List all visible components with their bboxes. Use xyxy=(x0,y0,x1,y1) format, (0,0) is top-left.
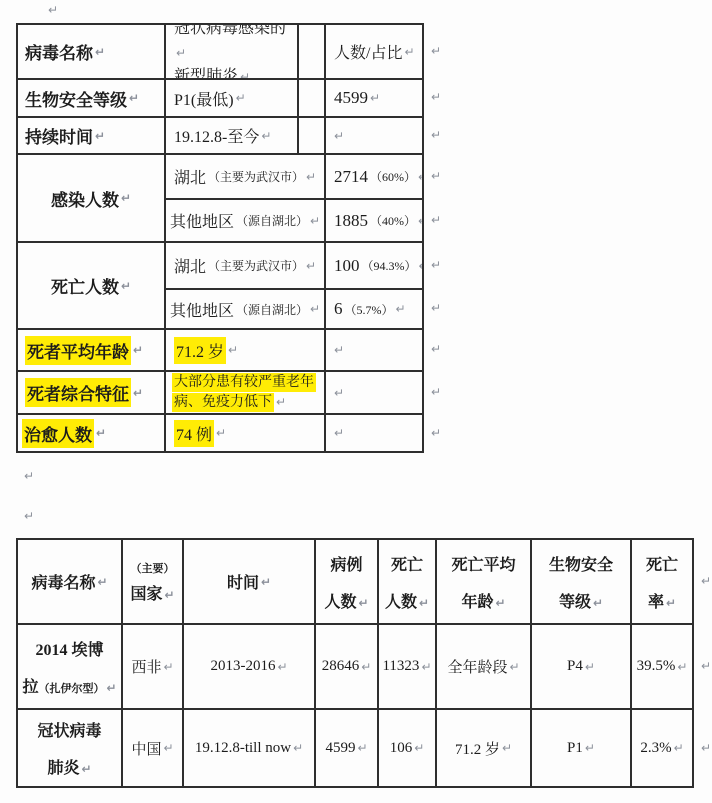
paragraph-mark: ↵ xyxy=(334,387,344,399)
t1-avg-age-value: 71.2 岁↵ xyxy=(164,328,324,370)
t2-name-subtype: （扎伊尔型） xyxy=(38,683,104,695)
t2-cov-rate: 2.3%↵ xyxy=(630,708,694,788)
paragraph-mark: ↵ xyxy=(431,170,441,182)
t1-empty-narrow-cell xyxy=(297,23,324,78)
t1-other-deaths-count: 6（5.7%）↵ xyxy=(324,288,424,328)
t1-deaths-text: 死亡人数 xyxy=(51,273,119,298)
paragraph-mark: ↵ xyxy=(701,575,711,587)
paragraph-mark: ↵ xyxy=(310,215,320,227)
t1-region-text: 湖北 xyxy=(174,254,206,277)
paragraph-mark: ↵ xyxy=(133,344,143,356)
t1-count-text: 2714 xyxy=(334,167,368,187)
paragraph-mark: ↵ xyxy=(133,387,143,399)
paragraph-mark: ↵ xyxy=(421,661,431,673)
t2-cell-text: 28646 xyxy=(322,658,360,675)
t2-cov-name-line2: 肺炎↵ xyxy=(47,755,91,778)
t1-region-note: （源自湖北） xyxy=(236,301,308,318)
paragraph-mark: ↵ xyxy=(361,661,371,673)
t2-cov-biosafety: P1↵ xyxy=(530,708,630,788)
t1-characteristics-lines: 大部分患有较严重老年病、免疫力低下↵ xyxy=(166,371,316,414)
t1-avg-age-value-text: 71.2 岁 xyxy=(174,337,226,364)
t2-header-biosafety: 生物安全 等级↵ xyxy=(530,538,630,623)
t1-avg-age-text: 死者平均年龄 xyxy=(25,336,131,365)
t2-header-text: 人数 xyxy=(324,594,356,611)
t1-region-text: 其他地区 xyxy=(170,209,234,232)
t2-ebola-name-line1: 2014 埃博 xyxy=(35,637,103,660)
t1-region-note: （主要为武汉市） xyxy=(208,168,304,185)
paragraph-mark: ↵ xyxy=(495,596,505,610)
paragraph-mark: ↵ xyxy=(419,596,429,610)
t1-biosafety-value-text: P1(最低) xyxy=(174,87,234,110)
paragraph-mark: ↵ xyxy=(502,742,512,754)
t1-characteristics-value: 大部分患有较严重老年病、免疫力低下↵ xyxy=(164,370,324,413)
t2-cov-name-line1: 冠状病毒 xyxy=(37,718,101,741)
paragraph-mark: ↵ xyxy=(121,192,131,204)
paragraph-mark: ↵ xyxy=(431,129,441,141)
t2-header-country-note: （主要） xyxy=(131,560,175,576)
paragraph-mark: ↵ xyxy=(370,92,380,104)
paragraph-mark: ↵ xyxy=(261,576,271,588)
t2-header-text: 死亡 xyxy=(391,552,423,575)
paragraph-mark: ↵ xyxy=(176,46,186,60)
t1-empty-value-cell: ↵ xyxy=(324,413,424,453)
t1-avg-age-label: 死者平均年龄↵ xyxy=(16,328,164,370)
t1-count-pct: （94.3%） xyxy=(362,257,417,274)
paragraph-mark: ↵ xyxy=(24,470,34,482)
paragraph-mark: ↵ xyxy=(357,742,367,754)
t2-cov-deaths: 106↵ xyxy=(377,708,435,788)
paragraph-mark: ↵ xyxy=(334,130,344,142)
t1-characteristics-label: 死者综合特征↵ xyxy=(16,370,164,413)
paragraph-mark: ↵ xyxy=(240,70,250,78)
paragraph-mark: ↵ xyxy=(216,427,226,439)
paragraph-mark: ↵ xyxy=(310,303,320,315)
paragraph-mark: ↵ xyxy=(96,427,106,439)
t2-name-text: 肺炎 xyxy=(47,760,79,777)
t1-virus-name-text: 病毒名称 xyxy=(25,39,93,64)
paragraph-mark: ↵ xyxy=(106,681,116,695)
paragraph-mark: ↵ xyxy=(293,742,303,754)
paragraph-mark: ↵ xyxy=(431,343,441,355)
t2-cell-text: 2.3% xyxy=(640,740,671,757)
t2-cell-text: P4 xyxy=(567,658,583,675)
t1-row-end-mark: ↵ xyxy=(424,198,448,241)
t2-ebola-deaths: 11323↵ xyxy=(377,623,435,708)
t1-duration-text: 持续时间 xyxy=(25,123,93,148)
t1-cured-value: 74 例↵ xyxy=(164,413,324,453)
t1-empty-value-cell: ↵ xyxy=(324,328,424,370)
t1-row-end-mark: ↵ xyxy=(424,153,448,198)
paragraph-mark: ↵ xyxy=(163,661,173,673)
paragraph-mark: ↵ xyxy=(396,303,406,315)
t1-hubei-deaths-count: 100（94.3%）↵ xyxy=(324,241,424,288)
t1-count-text: 100 xyxy=(334,256,360,276)
t1-biosafety-label: 生物安全等级↵ xyxy=(16,78,164,116)
t2-name-text: 拉 xyxy=(22,679,38,696)
t1-virus-name-value-lines: 冠状病毒感染的↵ 新型肺炎↵ xyxy=(174,23,297,78)
paragraph-mark: ↵ xyxy=(431,214,441,226)
t2-cov-name: 冠状病毒 肺炎↵ xyxy=(16,708,121,788)
t1-cured-value-text: 74 例 xyxy=(174,420,214,447)
t1-characteristics-line2: 病、免疫力低下 xyxy=(172,393,274,412)
paragraph-mark: ↵ xyxy=(674,742,684,754)
t1-row-end-mark: ↵ xyxy=(424,241,448,288)
paragraph-mark: ↵ xyxy=(48,4,58,16)
paragraph-mark: ↵ xyxy=(414,742,424,754)
paragraph-mark: ↵ xyxy=(701,660,711,672)
t2-header-line2: 等级↵ xyxy=(559,589,603,612)
t2-header-line2: 人数↵ xyxy=(385,589,429,612)
t1-virus-name-value: 冠状病毒感染的↵ 新型肺炎↵ xyxy=(164,23,297,78)
t2-header-country-line: 国家↵ xyxy=(130,581,174,604)
t2-header-virus-name: 病毒名称↵ xyxy=(16,538,121,623)
t1-total-count-text: 4599 xyxy=(334,88,368,108)
t2-header-deaths: 死亡 人数↵ xyxy=(377,538,435,623)
t1-total-count-cell: 4599↵ xyxy=(324,78,424,116)
t2-ebola-time: 2013-2016↵ xyxy=(182,623,314,708)
t2-ebola-cases: 28646↵ xyxy=(314,623,377,708)
t1-count-header-cell: 人数/占比↵ xyxy=(324,23,424,78)
t2-header-time: 时间↵ xyxy=(182,538,314,623)
t1-duration-label: 持续时间↵ xyxy=(16,116,164,153)
t2-header-line2: 年龄↵ xyxy=(461,589,505,612)
paragraph-mark: ↵ xyxy=(121,280,131,292)
t2-ebola-age: 全年龄段↵ xyxy=(435,623,530,708)
t1-region-note: （源自湖北） xyxy=(236,212,308,229)
coronavirus-summary-table: 病毒名称↵ 冠状病毒感染的↵ 新型肺炎↵ 人数/占比↵ ↵ 生物安全等级↵ P1… xyxy=(16,23,448,453)
t2-header-line2: 人数↵ xyxy=(324,589,368,612)
t2-header-text: 等级 xyxy=(559,594,591,611)
paragraph-mark: ↵ xyxy=(358,596,368,610)
t1-row-end-mark: ↵ xyxy=(424,413,448,453)
t1-hubei-infections-region: 湖北（主要为武汉市）↵ xyxy=(164,153,324,198)
t2-header-text: 年龄 xyxy=(461,594,493,611)
paragraph-mark: ↵ xyxy=(24,510,34,522)
t1-characteristics-line1: 大部分患有较严重老年 xyxy=(172,373,316,392)
t1-empty-narrow-cell xyxy=(297,116,324,153)
paragraph-mark: ↵ xyxy=(95,130,105,142)
t1-hubei-infections-count: 2714（60%）↵ xyxy=(324,153,424,198)
paragraph-mark: ↵ xyxy=(431,386,441,398)
t2-cell-text: 全年龄段 xyxy=(447,656,507,677)
paragraph-mark: ↵ xyxy=(306,171,316,183)
t1-hubei-deaths-region: 湖北（主要为武汉市）↵ xyxy=(164,241,324,288)
paragraph-mark: ↵ xyxy=(404,46,414,58)
paragraph-mark: ↵ xyxy=(666,596,676,610)
t1-cured-text: 治愈人数 xyxy=(22,419,94,448)
t1-region-text: 其他地区 xyxy=(170,298,234,321)
t2-cov-cases: 4599↵ xyxy=(314,708,377,788)
virus-comparison-table: 病毒名称↵ （主要） 国家↵ 时间↵ 病例 人数↵ 死亡 人数↵ 死亡平均 年龄… xyxy=(16,538,712,788)
t2-row-end-mark: ↵ xyxy=(694,538,712,623)
paragraph-mark: ↵ xyxy=(129,92,139,104)
paragraph-mark: ↵ xyxy=(236,92,246,104)
paragraph-mark: ↵ xyxy=(276,395,286,409)
paragraph-mark: ↵ xyxy=(277,661,287,673)
t2-row-end-mark: ↵ xyxy=(694,708,712,788)
t1-region-note: （主要为武汉市） xyxy=(208,257,304,274)
t1-deaths-label: 死亡人数↵ xyxy=(16,241,164,328)
t1-biosafety-value: P1(最低)↵ xyxy=(164,78,297,116)
t2-header-avg-age: 死亡平均 年龄↵ xyxy=(435,538,530,623)
t2-cell-text: 11323 xyxy=(382,658,419,675)
t1-count-pct: （60%） xyxy=(370,168,416,185)
paragraph-mark: ↵ xyxy=(163,742,173,754)
t1-duration-value: 19.12.8-至今↵ xyxy=(164,116,297,153)
t2-header-cases: 病例 人数↵ xyxy=(314,538,377,623)
t2-header-text: 人数 xyxy=(385,594,417,611)
t2-header-text: 死亡 xyxy=(646,552,678,575)
t2-cov-country: 中国↵ xyxy=(121,708,182,788)
t1-cured-label: 治愈人数↵ xyxy=(16,413,164,453)
t2-cov-time: 19.12.8-till now↵ xyxy=(182,708,314,788)
t1-virus-line1: 冠状病毒感染的 xyxy=(174,23,286,37)
t1-row-end-mark: ↵ xyxy=(424,78,448,116)
paragraph-mark: ↵ xyxy=(431,91,441,103)
paragraph-mark: ↵ xyxy=(585,661,595,673)
paragraph-mark: ↵ xyxy=(164,588,174,602)
t1-row-end-mark: ↵ xyxy=(424,370,448,413)
t1-empty-narrow-cell xyxy=(297,78,324,116)
t2-header-text: 国家 xyxy=(130,586,162,603)
t2-header-text: 病例 xyxy=(330,552,362,575)
t1-count-header-text: 人数/占比 xyxy=(334,40,402,63)
paragraph-mark: ↵ xyxy=(431,302,441,314)
paragraph-mark: ↵ xyxy=(334,427,344,439)
paragraph-mark: ↵ xyxy=(593,596,603,610)
t2-header-text: 死亡平均 xyxy=(451,552,515,575)
t2-cell-text: P1 xyxy=(567,740,583,757)
t1-other-deaths-region: 其他地区（源自湖北）↵ xyxy=(164,288,324,328)
t1-infections-text: 感染人数 xyxy=(51,186,119,211)
t2-cell-text: 39.5% xyxy=(637,658,676,675)
t1-count-text: 6 xyxy=(334,299,343,319)
t1-infections-label: 感染人数↵ xyxy=(16,153,164,241)
t2-header-text: 率 xyxy=(648,594,664,611)
t1-other-infections-region: 其他地区（源自湖北）↵ xyxy=(164,198,324,241)
t2-header-text: 病毒名称 xyxy=(31,570,95,593)
paragraph-mark: ↵ xyxy=(81,762,91,776)
t2-cov-age: 71.2 岁↵ xyxy=(435,708,530,788)
t2-ebola-name-line2: 拉（扎伊尔型）↵ xyxy=(22,674,116,697)
paragraph-mark: ↵ xyxy=(431,427,441,439)
t2-cell-text: 106 xyxy=(390,740,413,757)
paragraph-mark: ↵ xyxy=(306,260,316,272)
t2-cell-text: 2013-2016 xyxy=(210,658,275,675)
t2-cell-text: 19.12.8-till now xyxy=(195,740,291,757)
paragraph-mark: ↵ xyxy=(701,742,711,754)
t2-ebola-country: 西非↵ xyxy=(121,623,182,708)
t1-row-end-mark: ↵ xyxy=(424,288,448,328)
t1-duration-value-text: 19.12.8-至今 xyxy=(174,124,259,147)
t2-cell-text: 中国 xyxy=(131,738,161,759)
t2-header-country: （主要） 国家↵ xyxy=(121,538,182,623)
t2-row-end-mark: ↵ xyxy=(694,623,712,708)
paragraph-mark: ↵ xyxy=(97,576,107,588)
t1-count-pct: （5.7%） xyxy=(345,301,394,318)
t1-region-text: 湖北 xyxy=(174,165,206,188)
t1-row-end-mark: ↵ xyxy=(424,328,448,370)
paragraph-mark: ↵ xyxy=(261,130,271,142)
t2-cell-text: 西非 xyxy=(131,656,161,677)
t1-biosafety-text: 生物安全等级 xyxy=(25,86,127,111)
paragraph-mark: ↵ xyxy=(509,661,519,673)
paragraph-mark: ↵ xyxy=(228,344,238,356)
t2-cell-text: 4599 xyxy=(325,740,355,757)
t2-header-text: 生物安全 xyxy=(549,552,613,575)
t1-count-pct: （40%） xyxy=(370,212,416,229)
t1-row-end-mark: ↵ xyxy=(424,116,448,153)
t1-empty-value-cell: ↵ xyxy=(324,370,424,413)
t1-count-text: 1885 xyxy=(334,211,368,231)
t2-ebola-biosafety: P4↵ xyxy=(530,623,630,708)
t2-cell-text: 71.2 岁 xyxy=(455,738,500,759)
t1-row-end-mark: ↵ xyxy=(424,23,448,78)
paragraph-mark: ↵ xyxy=(677,661,687,673)
t2-ebola-name: 2014 埃博 拉（扎伊尔型）↵ xyxy=(16,623,121,708)
t1-empty-value-cell: ↵ xyxy=(324,116,424,153)
t2-header-death-rate: 死亡 率↵ xyxy=(630,538,694,623)
t2-header-text: 时间 xyxy=(227,570,259,593)
paragraph-mark: ↵ xyxy=(585,742,595,754)
t1-other-infections-count: 1885（40%）↵ xyxy=(324,198,424,241)
paragraph-mark: ↵ xyxy=(431,45,441,57)
paragraph-mark: ↵ xyxy=(431,259,441,271)
paragraph-mark: ↵ xyxy=(95,46,105,58)
t1-virus-line2: 新型肺炎 xyxy=(174,68,238,78)
paragraph-mark: ↵ xyxy=(334,344,344,356)
t2-ebola-rate: 39.5%↵ xyxy=(630,623,694,708)
t1-characteristics-text: 死者综合特征 xyxy=(25,378,131,407)
t2-header-line2: 率↵ xyxy=(648,589,676,612)
t1-virus-name-label: 病毒名称↵ xyxy=(16,23,164,78)
